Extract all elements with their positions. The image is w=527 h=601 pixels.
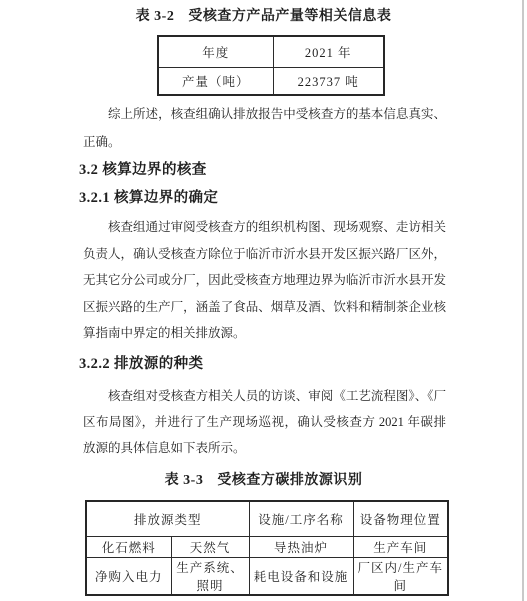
table-header-row: 排放源类型 设施/工序名称 设备物理位置 [86,501,448,537]
table-row: 化石燃料 天然气 导热油炉 生产车间 [86,537,448,558]
paragraph-line: 无其它分公司或分厂，因此受核查方地理边界为临沂市沂水县开发 [83,267,446,294]
year-label-cell: 年度 [158,36,273,68]
paragraph-line: 放源的具体信息如下表所示。 [83,435,446,461]
table-3-2-caption-title: 受核查方产品产量等相关信息表 [188,8,391,26]
summary-paragraph: 综上所述，核查组确认排放报告中受核查方的基本信息真实、 正确。 [83,101,446,156]
cell-location: 厂区内/生产车间 [353,558,448,596]
table-row: 净购入电力 生产系统、照明 耗电设备和设施 厂区内/生产车间 [86,558,448,596]
header-source-type: 排放源类型 [86,501,249,537]
table-3-2-caption-label: 表 3-2 [136,8,175,26]
paragraph-line: 区振兴路的生产厂，涵盖了食品、烟草及酒、饮料和精制茶企业核 [83,294,446,321]
cell-location: 生产车间 [353,537,448,558]
section-heading-3-2-2: 3.2.2 排放源的种类 [79,355,203,373]
section-heading-3-2: 3.2 核算边界的核查 [79,161,207,179]
output-value-cell: 223737 吨 [273,68,384,96]
cell-fuel-type: 化石燃料 [86,537,171,558]
boundary-paragraph: 核查组通过审阅受核查方的组织机构图、现场观察、走访相关 负责人，确认受核查方除位… [83,214,446,347]
paragraph-line: 正确。 [83,129,446,157]
paragraph-line: 区布局图》，并进行了生产现场巡视，确认受核查方 2021 年碳排 [83,409,446,435]
year-value-cell: 2021 年 [273,36,384,68]
emission-source-table: 排放源类型 设施/工序名称 设备物理位置 化石燃料 天然气 导热油炉 生产车间 … [85,500,449,596]
paragraph-line: 算指南中界定的相关排放源。 [83,320,446,347]
table-row: 年度 2021 年 [158,36,384,68]
output-label-cell: 产量（吨） [158,68,273,96]
table-3-3-caption-label: 表 3-3 [165,472,204,490]
paragraph-line: 核查组通过审阅受核查方的组织机构图、现场观察、走访相关 [83,214,446,241]
sources-paragraph: 核查组对受核查方相关人员的访谈、审阅《工艺流程图》、《厂 区布局图》，并进行了生… [83,383,446,461]
header-physical-location: 设备物理位置 [353,501,448,537]
table-3-2-caption: 表 3-2 受核查方产品产量等相关信息表 [0,8,527,26]
cell-electricity-type: 净购入电力 [86,558,171,596]
cell-facility: 导热油炉 [249,537,353,558]
cell-electricity-detail: 生产系统、照明 [171,558,249,596]
section-heading-3-2-1: 3.2.1 核算边界的确定 [79,189,218,207]
cell-fuel-detail: 天然气 [171,537,249,558]
paragraph-line: 负责人，确认受核查方除位于临沂市沂水县开发区振兴路厂区外， [83,241,446,268]
header-facility-name: 设施/工序名称 [249,501,353,537]
table-3-3-caption: 表 3-3 受核查方碳排放源识别 [0,472,527,490]
paragraph-line: 核查组对受核查方相关人员的访谈、审阅《工艺流程图》、《厂 [83,383,446,409]
page-edge-line [522,0,524,601]
table-row: 产量（吨） 223737 吨 [158,68,384,96]
document-page: 表 3-2 受核查方产品产量等相关信息表 年度 2021 年 产量（吨） 223… [0,0,527,601]
cell-facility: 耗电设备和设施 [249,558,353,596]
product-output-table: 年度 2021 年 产量（吨） 223737 吨 [157,35,385,96]
table-3-3-caption-title: 受核查方碳排放源识别 [217,472,362,490]
paragraph-line: 综上所述，核查组确认排放报告中受核查方的基本信息真实、 [83,101,446,129]
